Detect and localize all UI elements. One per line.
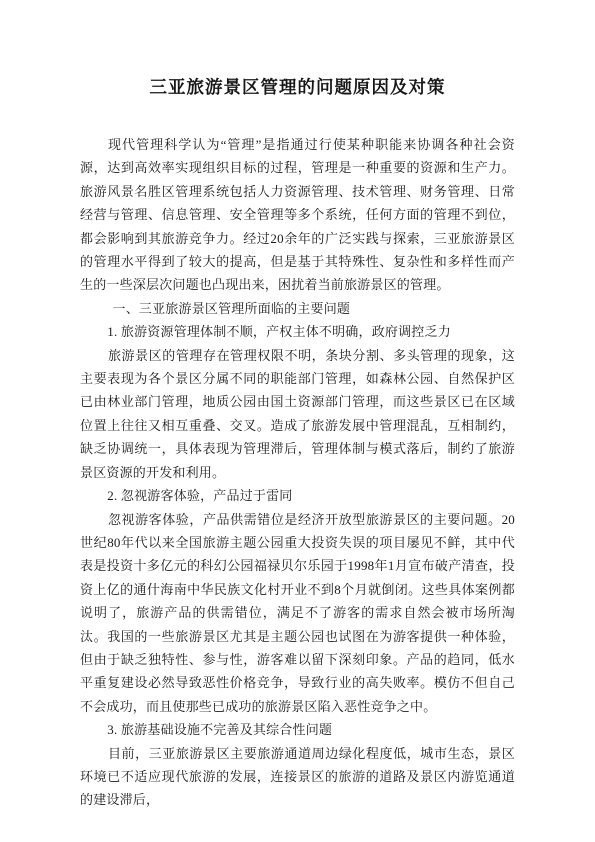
problem-2-heading: 2. 忽视游客体验，产品过于雷同 [80,484,515,507]
problem-1-paragraph: 旅游景区的管理存在管理权限不明，条块分割、多头管理的现象，这主要表现为各个景区分… [80,344,515,484]
document-body: 现代管理科学认为“管理”是指通过行使某种职能来协调各种社会资源，达到高效率实现组… [80,133,515,812]
section-1-heading: 一、三亚旅游景区管理所面临的主要问题 [80,297,515,320]
problem-2-paragraph: 忽视游客体验，产品供需错位是经济开放型旅游景区的主要问题。20世纪80年代以来全… [80,508,515,719]
document-page: 三亚旅游景区管理的问题原因及对策 现代管理科学认为“管理”是指通过行使某种职能来… [0,0,595,842]
problem-3-paragraph: 目前，三亚旅游景区主要旅游通道周边绿化程度低，城市生态，景区环境已不适应现代旅游… [80,742,515,812]
document-title: 三亚旅游景区管理的问题原因及对策 [0,74,595,100]
intro-paragraph: 现代管理科学认为“管理”是指通过行使某种职能来协调各种社会资源，达到高效率实现组… [80,133,515,297]
problem-1-heading: 1. 旅游资源管理体制不顺，产权主体不明确，政府调控乏力 [80,320,515,343]
problem-3-heading: 3. 旅游基础设施不完善及其综合性问题 [80,718,515,741]
